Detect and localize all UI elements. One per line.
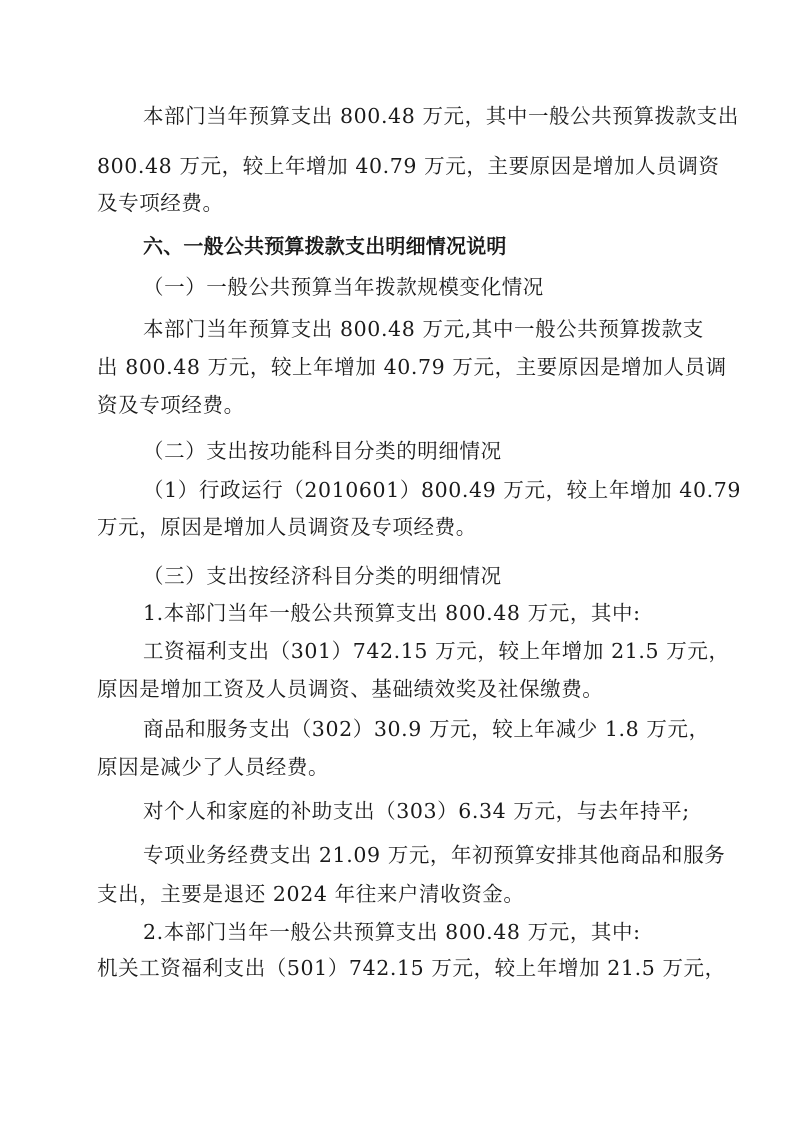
item1-special-line-1: 专项业务经费支出 21.09 万元，年初预算安排其他商品和服务	[143, 841, 743, 869]
item1-salary-line-2: 原因是增加工资及人员调资、基础绩效奖及社保缴费。	[97, 675, 697, 703]
item1-intro: 1.本部门当年一般公共预算支出 800.48 万元，其中:	[143, 599, 743, 627]
document-page: 本部门当年预算支出 800.48 万元，其中一般公共预算拨款支出 800.48 …	[0, 0, 793, 1122]
part1-line-3: 资及专项经费。	[97, 391, 697, 419]
item1-goods-line-2: 原因是减少了人员经费。	[97, 753, 697, 781]
intro-line-3: 及专项经费。	[97, 189, 697, 217]
section-heading: 六、一般公共预算拨款支出明细情况说明	[143, 232, 743, 260]
part1-line-1: 本部门当年预算支出 800.48 万元,其中一般公共预算拨款支	[143, 315, 743, 343]
part2-line-1: （1）行政运行（2010601）800.49 万元，较上年增加 40.79	[143, 476, 743, 504]
intro-line-1: 本部门当年预算支出 800.48 万元，其中一般公共预算拨款支出	[143, 102, 743, 130]
intro-line-2: 800.48 万元，较上年增加 40.79 万元，主要原因是增加人员调资	[97, 152, 697, 180]
part1-line-2: 出 800.48 万元，较上年增加 40.79 万元，主要原因是增加人员调	[97, 353, 697, 381]
item2-intro: 2.本部门当年一般公共预算支出 800.48 万元，其中:	[143, 918, 743, 946]
item2-salary-line-1: 机关工资福利支出（501）742.15 万元，较上年增加 21.5 万元，	[97, 954, 697, 982]
item1-special-line-2: 支出，主要是退还 2024 年往来户清收资金。	[97, 880, 697, 908]
subsection-heading-2: （二）支出按功能科目分类的明细情况	[143, 437, 743, 465]
item1-salary-line-1: 工资福利支出（301）742.15 万元，较上年增加 21.5 万元，	[143, 637, 743, 665]
item1-goods-line-1: 商品和服务支出（302）30.9 万元，较上年减少 1.8 万元，	[143, 715, 743, 743]
part2-line-2: 万元，原因是增加人员调资及专项经费。	[97, 513, 697, 541]
item1-subsidy-line: 对个人和家庭的补助支出（303）6.34 万元，与去年持平;	[143, 797, 743, 825]
subsection-heading-1: （一）一般公共预算当年拨款规模变化情况	[143, 273, 743, 301]
subsection-heading-3: （三）支出按经济科目分类的明细情况	[143, 562, 743, 590]
